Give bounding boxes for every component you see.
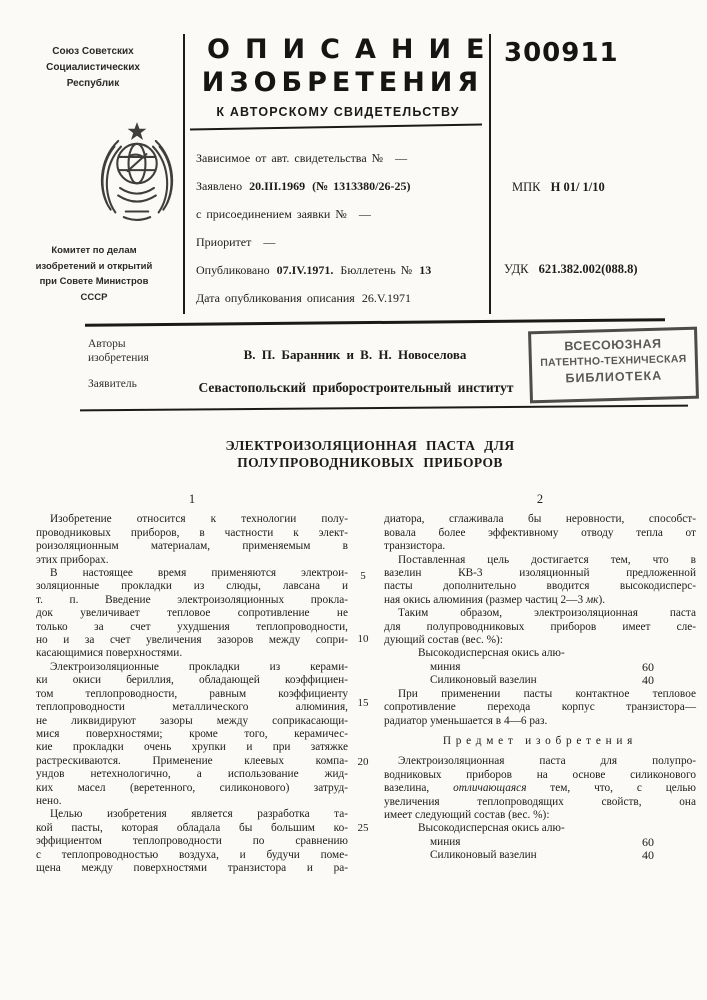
stamp-line: ПАТЕНТНО-ТЕХНИЧЕСКАЯ bbox=[532, 353, 695, 370]
text-line: но и за счет увеличения зазоров между со… bbox=[36, 634, 348, 647]
text-line: имеет следующий состав (вес. %): bbox=[384, 809, 696, 822]
text-line: для полупроводниковых приборов имеет сле… bbox=[384, 621, 696, 634]
text-line: Высокодисперсная окись алю- bbox=[384, 647, 696, 660]
dependent-label: Зависимое от авт. свидетельства № bbox=[196, 151, 383, 165]
line-number: 25 bbox=[352, 822, 374, 834]
dependent-certificate-line: Зависимое от авт. свидетельства №— bbox=[196, 150, 484, 166]
text-line: проводниковых приборов, в частности к эл… bbox=[36, 527, 348, 540]
line-number: 15 bbox=[352, 697, 374, 709]
text-line: вазелина, отличающаяся тем, что, с целью bbox=[384, 782, 696, 795]
text-line: ких масел (веретенного, силиконового) за… bbox=[36, 782, 348, 795]
document-type-title-line1: ОПИСАНИЕ bbox=[192, 34, 488, 65]
text-line: Силиконовый вазелин40 bbox=[384, 849, 696, 862]
authors-label: Авторы изобретения bbox=[88, 337, 198, 365]
mpk-value: Н 01/ 1/10 bbox=[551, 180, 605, 194]
committee-line: СССР bbox=[6, 290, 182, 306]
text-line: роизоляционным материалам, применяемым в bbox=[36, 540, 348, 553]
mpk-label: МПК bbox=[512, 180, 540, 194]
text-line: с теплопроводностью воздуха, и будучи по… bbox=[36, 849, 348, 862]
text-line: этих приборах. bbox=[36, 554, 348, 567]
text-line: кой пасты, которая обладала бы большим к… bbox=[36, 822, 348, 835]
invention-title-line: ПОЛУПРОВОДНИКОВЫХ ПРИБОРОВ bbox=[150, 454, 590, 471]
description-date-line: Дата опубликования описания26.V.1971 bbox=[196, 290, 484, 306]
text-line: вовала более эффективному отводу тепла о… bbox=[384, 527, 696, 540]
text-line: ундов нетехнологично, а использование жи… bbox=[36, 768, 348, 781]
text-line: водниковых приборов на основе силиконово… bbox=[384, 769, 696, 782]
text-line: Электроизоляционная паста для полупро- bbox=[384, 755, 696, 768]
country-line: Союз Советских bbox=[6, 44, 180, 60]
text-line: касающимися поверхностями. bbox=[36, 647, 348, 660]
filed-number: (№ 1313380/26-25) bbox=[312, 179, 410, 193]
authors-label-line: Авторы bbox=[88, 337, 198, 351]
invention-title-line: ЭЛЕКТРОИЗОЛЯЦИОННАЯ ПАСТА ДЛЯ bbox=[150, 437, 590, 454]
column-number: 2 bbox=[384, 493, 696, 506]
line-number: 20 bbox=[352, 756, 374, 768]
text-line: мися поверхностями; кроме того, керамиче… bbox=[36, 728, 348, 741]
text-line: теплопроводности металлического алюминия… bbox=[36, 701, 348, 714]
udk-value: 621.382.002(088.8) bbox=[539, 262, 638, 276]
published-date: 07.IV.1971. bbox=[277, 263, 334, 277]
text-line: щена между поверхностями транзистора и р… bbox=[36, 862, 348, 875]
joined-value: — bbox=[359, 207, 371, 221]
country-name: Союз Советских Социалистических Республи… bbox=[6, 44, 180, 92]
text-line: Высокодисперсная окись алю- bbox=[384, 822, 696, 835]
udk-classification: УДК 621.382.002(088.8) bbox=[504, 262, 638, 277]
text-line: том теплопроводности, равным коэффициент… bbox=[36, 688, 348, 701]
published-label: Опубликовано bbox=[196, 263, 270, 277]
text-line: Электроизоляционные прокладки из керами- bbox=[36, 661, 348, 674]
bulletin-number: 13 bbox=[419, 263, 431, 277]
text-line: миния60 bbox=[384, 661, 696, 674]
text-line: При применении пасты контактное тепловое bbox=[384, 688, 696, 701]
text-line: только за счет ухудшения теплопроводност… bbox=[36, 621, 348, 634]
text-line: Поставленная цель достигается тем, что в bbox=[384, 554, 696, 567]
column-number: 1 bbox=[36, 493, 348, 506]
dependent-value: — bbox=[395, 151, 407, 165]
text-line: ная окись алюминия (размер частиц 2—3 мк… bbox=[384, 594, 696, 607]
priority-value: — bbox=[263, 235, 275, 249]
column-2: 2 диатора, сглаживала бы неровности, спо… bbox=[384, 493, 696, 863]
text-line: пасты дополнительно вводится высокодиспе… bbox=[384, 580, 696, 593]
applicant-name: Севастопольский приборостроительный инст… bbox=[180, 380, 532, 396]
ussr-emblem-icon bbox=[90, 120, 184, 224]
priority-line: Приоритет— bbox=[196, 234, 484, 250]
committee-line: при Совете Министров bbox=[6, 274, 182, 290]
line-number: 10 bbox=[352, 633, 374, 645]
column-1: 1 Изобретение относится к технологии пол… bbox=[36, 493, 348, 875]
joined-application-line: с присоединением заявки №— bbox=[196, 206, 484, 222]
mpk-classification: МПК Н 01/ 1/10 bbox=[512, 180, 605, 195]
text-line: транзистора. bbox=[384, 540, 696, 553]
stamp-line: БИБЛИОТЕКА bbox=[532, 368, 695, 387]
text-line: сопротивление перехода корпус транзистор… bbox=[384, 701, 696, 714]
bulletin-label: Бюллетень № bbox=[340, 263, 412, 277]
text-line: дующий состав (вес. %): bbox=[384, 634, 696, 647]
section-divider bbox=[80, 405, 688, 412]
text-line: ки окиси бериллия, обладающей коэффициен… bbox=[36, 674, 348, 687]
text-line: миния60 bbox=[384, 836, 696, 849]
text-line: В настоящее время применяются электрои- bbox=[36, 567, 348, 580]
text-line: кие прокладки очень хрупки и при затяжке bbox=[36, 741, 348, 754]
country-line: Республик bbox=[6, 76, 180, 92]
country-line: Социалистических bbox=[6, 60, 180, 76]
text-line: не ликвидируют зазоры между соприкасающи… bbox=[36, 715, 348, 728]
text-line: увеличения теплопроводящих свойств, она bbox=[384, 796, 696, 809]
library-stamp: ВСЕСОЮЗНАЯ ПАТЕНТНО-ТЕХНИЧЕСКАЯ БИБЛИОТЕ… bbox=[528, 327, 699, 404]
priority-label: Приоритет bbox=[196, 235, 251, 249]
text-line: Таким образом, электроизоляционная паста bbox=[384, 607, 696, 620]
joined-label: с присоединением заявки № bbox=[196, 207, 347, 221]
stamp-line: ВСЕСОЮЗНАЯ bbox=[531, 336, 694, 355]
text-line: Предмет изобретения bbox=[384, 735, 696, 748]
text-line: растрескиваются. Применение клеевых комп… bbox=[36, 755, 348, 768]
text-line: золяционные прокладки из слюды, лавсана … bbox=[36, 580, 348, 593]
text-line: док увеличивает тепловое сопротивление н… bbox=[36, 607, 348, 620]
authors-label-line: изобретения bbox=[88, 351, 198, 365]
section-divider bbox=[85, 318, 665, 326]
filed-date: 20.III.1969 bbox=[249, 179, 305, 193]
authors-names: В. П. Баранник и В. Н. Новоселова bbox=[190, 347, 520, 363]
invention-title: ЭЛЕКТРОИЗОЛЯЦИОННАЯ ПАСТА ДЛЯ ПОЛУПРОВОД… bbox=[150, 437, 590, 471]
udk-label: УДК bbox=[504, 262, 528, 276]
text-line: Изобретение относится к технологии полу- bbox=[36, 513, 348, 526]
text-line: Силиконовый вазелин40 bbox=[384, 674, 696, 687]
text-line: Целью изобретения является разработка та… bbox=[36, 808, 348, 821]
filed-label: Заявлено bbox=[196, 179, 242, 193]
published-line: Опубликовано07.IV.1971.Бюллетень №13 bbox=[196, 262, 484, 278]
column-2-text: диатора, сглаживала бы неровности, спосо… bbox=[384, 513, 696, 862]
committee-line: изобретений и открытий bbox=[6, 259, 182, 275]
document-type-title-line2: ИЗОБРЕТЕНИЯ bbox=[192, 67, 488, 98]
vertical-divider bbox=[489, 34, 491, 314]
text-line: вазелин КВ-3 изоляционный предложенной bbox=[384, 567, 696, 580]
description-date-value: 26.V.1971 bbox=[362, 291, 411, 305]
line-number: 5 bbox=[352, 570, 374, 582]
committee-line: Комитет по делам bbox=[6, 243, 182, 259]
committee-name: Комитет по делам изобретений и открытий … bbox=[6, 243, 182, 305]
document-subtitle: К АВТОРСКОМУ СВИДЕТЕЛЬСТВУ bbox=[192, 105, 484, 119]
filing-metadata: Зависимое от авт. свидетельства №— Заявл… bbox=[196, 150, 484, 318]
subtitle-underline bbox=[190, 123, 482, 130]
description-date-label: Дата опубликования описания bbox=[196, 291, 355, 305]
column-1-text: Изобретение относится к технологии полу-… bbox=[36, 513, 348, 875]
text-line: нено. bbox=[36, 795, 348, 808]
text-line: эффициентом теплопроводности по сравнени… bbox=[36, 835, 348, 848]
text-line: т. п. Введение электроизоляционных прокл… bbox=[36, 594, 348, 607]
patent-number: 300911 bbox=[504, 38, 704, 68]
vertical-divider bbox=[183, 34, 185, 314]
filed-line: Заявлено20.III.1969(№ 1313380/26-25) bbox=[196, 178, 484, 194]
text-line: радиатор уменьшается в 4—6 раз. bbox=[384, 715, 696, 728]
patent-document: Союз Советских Социалистических Республи… bbox=[0, 0, 707, 1000]
text-line: диатора, сглаживала бы неровности, спосо… bbox=[384, 513, 696, 526]
